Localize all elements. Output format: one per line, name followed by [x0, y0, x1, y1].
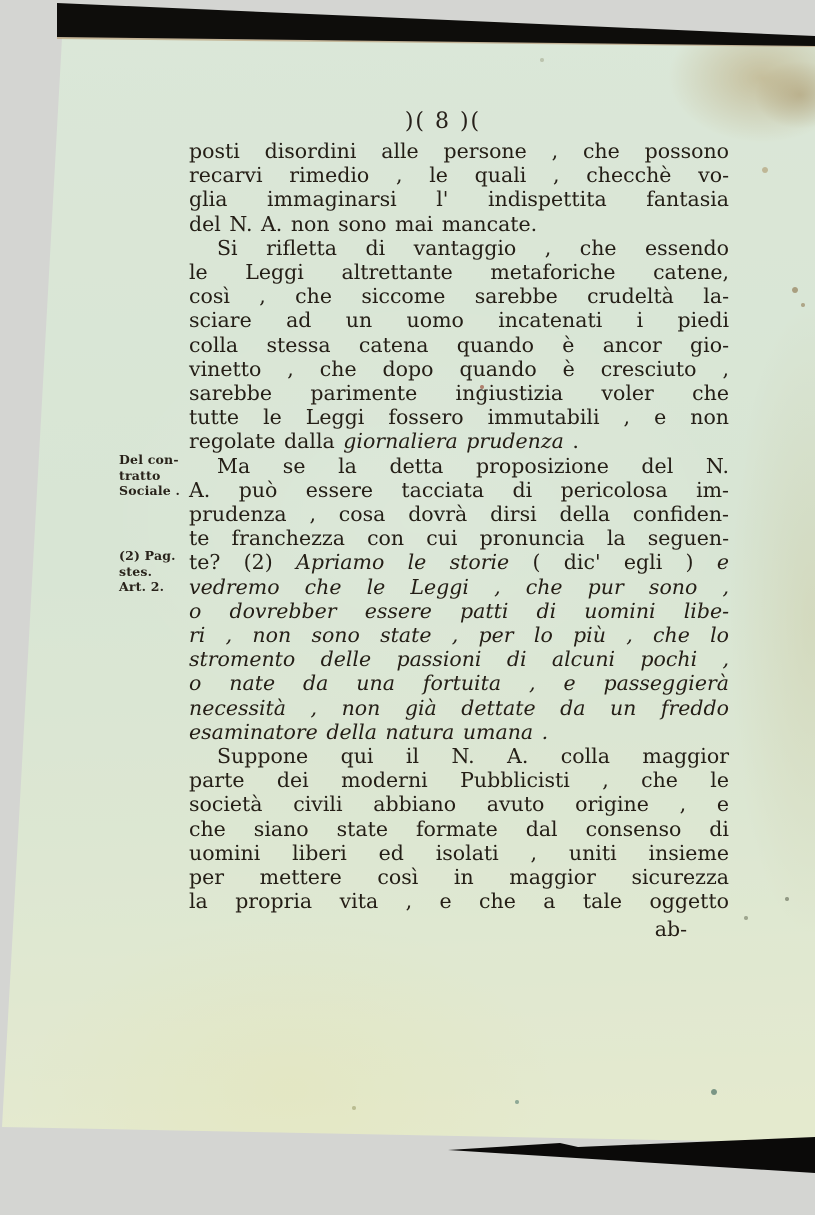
text-line: sarebbe parimente ingiustizia voler che — [189, 381, 729, 405]
text-segment: parte dei moderni Pubblicisti , che le — [189, 768, 729, 792]
text-line: te? (2) Apriamo le storie ( dic' egli ) … — [189, 550, 729, 574]
text-segment: recarvi rimedio , le quali , checchè vo- — [189, 163, 729, 187]
text-line: o nate da una fortuita , e passeggierà — [189, 671, 729, 695]
text-block: posti disordini alle persone , che posso… — [189, 139, 729, 914]
italic-text-segment: o dovrebber essere patti di uomini libe- — [189, 599, 729, 623]
text-line: necessità , non già dettate da un freddo — [189, 696, 729, 720]
catchword: ab- — [189, 917, 729, 941]
text-line: Si rifletta di vantaggio , che essendo — [189, 236, 729, 260]
text-segment: così , che siccome sarebbe crudeltà la- — [189, 284, 729, 308]
text-segment: per mettere così in maggior sicurezza — [189, 865, 729, 889]
italic-text-segment: stromento delle passioni di alcuni pochi… — [189, 647, 729, 671]
text-line: recarvi rimedio , le quali , checchè vo- — [189, 163, 729, 187]
page-number-header: )( 8 )( — [393, 109, 493, 134]
text-line: vinetto , che dopo quando è cresciuto , — [189, 357, 729, 381]
text-line: sciare ad un uomo incatenati i piedi — [189, 308, 729, 332]
text-segment: del N. A. non sono mai mancate. — [189, 212, 537, 236]
margin-note-line: (2) Pag. — [119, 548, 189, 564]
italic-text-segment: esaminatore della natura umana . — [189, 720, 548, 744]
text-line: o dovrebber essere patti di uomini libe- — [189, 599, 729, 623]
text-segment: ( dic' egli ) — [509, 550, 717, 574]
text-line: glia immaginarsi l' indispettita fantasi… — [189, 187, 729, 211]
text-line: regolate dalla giornaliera prudenza . — [189, 429, 729, 453]
margin-note-line: Sociale . — [119, 483, 189, 499]
text-line: stromento delle passioni di alcuni pochi… — [189, 647, 729, 671]
text-line: Ma se la detta proposizione del N. — [189, 454, 729, 478]
italic-text-segment: e — [717, 550, 729, 574]
margin-note-line: Del con- — [119, 452, 189, 468]
italic-text-segment: Apriamo le storie — [296, 550, 509, 574]
italic-text-segment: giornaliera prudenza — [343, 429, 564, 453]
text-line: le Leggi altrettante metaforiche catene, — [189, 260, 729, 284]
text-line: te franchezza con cui pronuncia la segue… — [189, 526, 729, 550]
text-segment: vinetto , che dopo quando è cresciuto , — [189, 357, 729, 381]
italic-text-segment: vedremo che le Leggi , che pur sono , — [189, 575, 729, 599]
text-line: prudenza , cosa dovrà dirsi della confid… — [189, 502, 729, 526]
text-line: Suppone qui il N. A. colla maggior — [189, 744, 729, 768]
text-segment: società civili abbiano avuto origine , e — [189, 792, 729, 816]
text-segment: che siano state formate dal consenso di — [189, 817, 729, 841]
italic-text-segment: ri , non sono state , per lo più , che l… — [189, 623, 729, 647]
text-segment: A. può essere tacciata di pericolosa im- — [189, 478, 729, 502]
text-segment: regolate dalla — [189, 429, 343, 453]
text-segment: te? (2) — [189, 550, 296, 574]
text-line: per mettere così in maggior sicurezza — [189, 865, 729, 889]
text-segment: colla stessa catena quando è ancor gio- — [189, 333, 729, 357]
margin-note-line: Art. 2. — [119, 579, 189, 595]
text-line: la propria vita , e che a tale oggetto — [189, 889, 729, 913]
text-segment: . — [564, 429, 579, 453]
text-line: del N. A. non sono mai mancate. — [189, 212, 729, 236]
text-segment: sciare ad un uomo incatenati i piedi — [189, 308, 729, 332]
paper-specks — [0, 0, 4, 4]
italic-text-segment: o nate da una fortuita , e passeggierà — [189, 671, 729, 695]
text-line: esaminatore della natura umana . — [189, 720, 729, 744]
margin-note-line: tratto — [119, 468, 189, 484]
text-line: colla stessa catena quando è ancor gio- — [189, 333, 729, 357]
text-line: A. può essere tacciata di pericolosa im- — [189, 478, 729, 502]
text-segment: Ma se la detta proposizione del N. — [217, 454, 729, 478]
text-segment: sarebbe parimente ingiustizia voler che — [189, 381, 729, 405]
text-segment: Si rifletta di vantaggio , che essendo — [217, 236, 729, 260]
text-segment: tutte le Leggi fossero immutabili , e no… — [189, 405, 729, 429]
margin-note-line: stes. — [119, 564, 189, 580]
text-line: società civili abbiano avuto origine , e — [189, 792, 729, 816]
margin-note-footnote-reference: (2) Pag.stes.Art. 2. — [119, 548, 189, 595]
text-line: che siano state formate dal consenso di — [189, 817, 729, 841]
text-segment: la propria vita , e che a tale oggetto — [189, 889, 729, 913]
text-segment: le Leggi altrettante metaforiche catene, — [189, 260, 729, 284]
text-line: vedremo che le Leggi , che pur sono , — [189, 575, 729, 599]
italic-text-segment: necessità , non già dettate da un freddo — [189, 696, 729, 720]
text-segment: prudenza , cosa dovrà dirsi della confid… — [189, 502, 729, 526]
text-line: parte dei moderni Pubblicisti , che le — [189, 768, 729, 792]
text-segment: Suppone qui il N. A. colla maggior — [217, 744, 729, 768]
text-line: posti disordini alle persone , che posso… — [189, 139, 729, 163]
text-line: così , che siccome sarebbe crudeltà la- — [189, 284, 729, 308]
scanned-book-page: )( 8 )( Del con-trattoSociale . (2) Pag.… — [0, 0, 815, 1215]
text-segment: uomini liberi ed isolati , uniti insieme — [189, 841, 729, 865]
text-line: uomini liberi ed isolati , uniti insieme — [189, 841, 729, 865]
text-line: ri , non sono state , per lo più , che l… — [189, 623, 729, 647]
text-segment: posti disordini alle persone , che posso… — [189, 139, 729, 163]
text-segment: te franchezza con cui pronuncia la segue… — [189, 526, 729, 550]
margin-note-del-contratto-sociale: Del con-trattoSociale . — [119, 452, 189, 499]
text-segment: glia immaginarsi l' indispettita fantasi… — [189, 187, 729, 211]
text-line: tutte le Leggi fossero immutabili , e no… — [189, 405, 729, 429]
